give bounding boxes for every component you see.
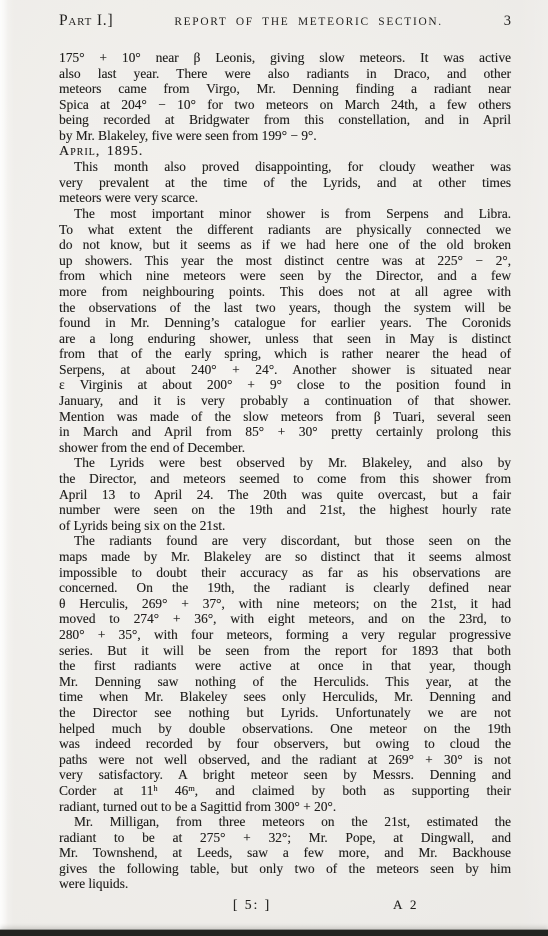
text-line: found in Mr. Denning’s catalogue for ear…: [59, 315, 511, 331]
text-line: Serpens, at about 240° + 24°. Another sh…: [59, 362, 511, 378]
text-line: The radiants found are very discordant, …: [59, 533, 511, 549]
scan-bottom-edge: [0, 930, 548, 936]
text-line: from that of the early spring, which is …: [59, 346, 511, 362]
text-line: 280° + 35°, with four meteors, forming a…: [59, 627, 511, 643]
text-line: do not know, but it seems as if we had h…: [59, 237, 511, 253]
text-line: more from neighbouring points. This does…: [59, 284, 511, 300]
text-line: Mr. Townshend, at Leeds, saw a few more,…: [59, 845, 511, 861]
text-line: were liquids.: [59, 876, 511, 892]
text-line: the observations of the last two years, …: [59, 300, 511, 316]
text-line: Corder at 11h 46m, and claimed by both a…: [59, 783, 511, 799]
text-line: was indeed recorded by four observers, b…: [59, 736, 511, 752]
paragraph: Mr. Milligan, from three meteors on the …: [59, 814, 511, 892]
text-line: θ Herculis, 269° + 37°, with nine meteor…: [59, 596, 511, 612]
scanned-page: Part I.] REPORT OF THE METEORIC SECTION.…: [0, 0, 548, 936]
text-line: series. But it will be seen from the rep…: [59, 643, 511, 659]
text-line: impossible to doubt their accuracy as fa…: [59, 565, 511, 581]
text-line: meteors came from Virgo, Mr. Denning fin…: [59, 81, 511, 97]
text-line: up showers. This year the most distinct …: [59, 253, 511, 269]
paragraph: 175° + 10° near β Leonis, giving slow me…: [59, 50, 511, 144]
text-line: Mr. Denning saw nothing of the Herculids…: [59, 674, 511, 690]
page-footer: [ 5: ] A 2: [59, 897, 511, 915]
text-line: radiant, turned out to be a Sagittid fro…: [59, 799, 511, 815]
text-line: concerned. On the 19th, the radiant is c…: [59, 580, 511, 596]
text-line: the Director, and meteors seemed to come…: [59, 471, 511, 487]
text-line: January, and it is very probably a conti…: [59, 393, 511, 409]
text-line: paths were not well observed, and the ra…: [59, 752, 511, 768]
text-line: also last year. There were also radiants…: [59, 66, 511, 82]
part-label: Part I.]: [59, 12, 113, 30]
text-line: of Lyrids being six on the 21st.: [59, 518, 511, 534]
text-line: number were seen on the 19th and 21st, t…: [59, 502, 511, 518]
text-line: Mr. Milligan, from three meteors on the …: [59, 814, 511, 830]
text-line: moved to 274° + 36°, with eight meteors,…: [59, 611, 511, 627]
text-line: April 13 to April 24. The 20th was quite…: [59, 487, 511, 503]
section-heading: April, 1895.: [59, 144, 511, 160]
text-line: the first radiants were active at once i…: [59, 658, 511, 674]
text-line: ε Virginis at about 200° + 9° close to t…: [59, 377, 511, 393]
text-line: by Mr. Blakeley, five were seen from 199…: [59, 128, 511, 144]
page-body: 175° + 10° near β Leonis, giving slow me…: [59, 50, 511, 892]
text-line: maps made by Mr. Blakeley are so distinc…: [59, 549, 511, 565]
gathering-mark: A 2: [393, 897, 419, 913]
text-line: in March and April from 85° + 30° pretty…: [59, 424, 511, 440]
text-line: Mention was made of the slow meteors fro…: [59, 409, 511, 425]
page-number: 3: [504, 13, 511, 30]
text-line: radiant to be at 275° + 32°; Mr. Pope, a…: [59, 830, 511, 846]
text-line: shower from the end of December.: [59, 440, 511, 456]
text-line: very satisfactory. A bright meteor seen …: [59, 767, 511, 783]
text-line: time when Mr. Blakeley sees only Herculi…: [59, 689, 511, 705]
text-line: are a long enduring shower, unless that …: [59, 331, 511, 347]
text-line: meteors were very scarce.: [59, 190, 511, 206]
text-line: The most important minor shower is from …: [59, 206, 511, 222]
paragraph: This month also proved disappointing, fo…: [59, 159, 511, 206]
text-line: being recorded at Bridgwater from this c…: [59, 112, 511, 128]
text-line: This month also proved disappointing, fo…: [59, 159, 511, 175]
text-line: Spica at 204° − 10° for two meteors on M…: [59, 97, 511, 113]
page-content: Part I.] REPORT OF THE METEORIC SECTION.…: [59, 12, 511, 915]
paragraph: The Lyrids were best observed by Mr. Bla…: [59, 455, 511, 533]
text-line: very prevalent at the time of the Lyrids…: [59, 175, 511, 191]
text-line: from which nine meteors were seen by the…: [59, 268, 511, 284]
text-line: the Director see nothing but Lyrids. Unf…: [59, 705, 511, 721]
running-head: Part I.] REPORT OF THE METEORIC SECTION.…: [59, 12, 511, 30]
text-line: helped much by double observations. One …: [59, 721, 511, 737]
text-line: 175° + 10° near β Leonis, giving slow me…: [59, 50, 511, 66]
scan-left-edge: [0, 0, 8, 936]
text-line: To what extent the different radiants ar…: [59, 222, 511, 238]
text-line: gives the following table, but only two …: [59, 861, 511, 877]
page-signature: [ 5: ]: [209, 897, 295, 913]
text-line: The Lyrids were best observed by Mr. Bla…: [59, 455, 511, 471]
report-title: REPORT OF THE METEORIC SECTION.: [113, 16, 503, 28]
paragraph: The most important minor shower is from …: [59, 206, 511, 456]
paragraph: The radiants found are very discordant, …: [59, 533, 511, 814]
